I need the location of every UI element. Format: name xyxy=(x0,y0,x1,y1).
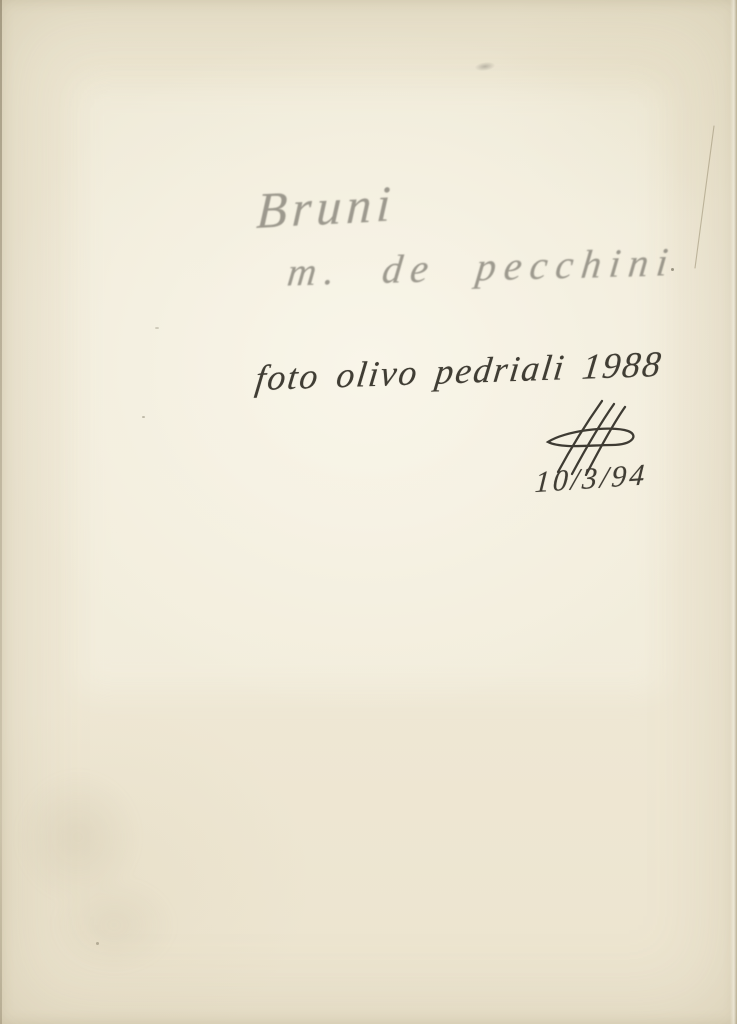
paper-speck xyxy=(155,327,159,329)
pencil-inscription-name: Bruni xyxy=(255,179,396,236)
photo-verso-paper: Bruni m. de pecchini foto olivo pedriali… xyxy=(0,0,737,1024)
scratch-line xyxy=(688,120,720,275)
paper-speck xyxy=(142,416,145,418)
paper-speck xyxy=(96,942,99,945)
pencil-inscription-attribution: m. de pecchini xyxy=(285,242,678,292)
aging-smudge xyxy=(6,760,186,980)
smudge-mark xyxy=(471,59,498,74)
